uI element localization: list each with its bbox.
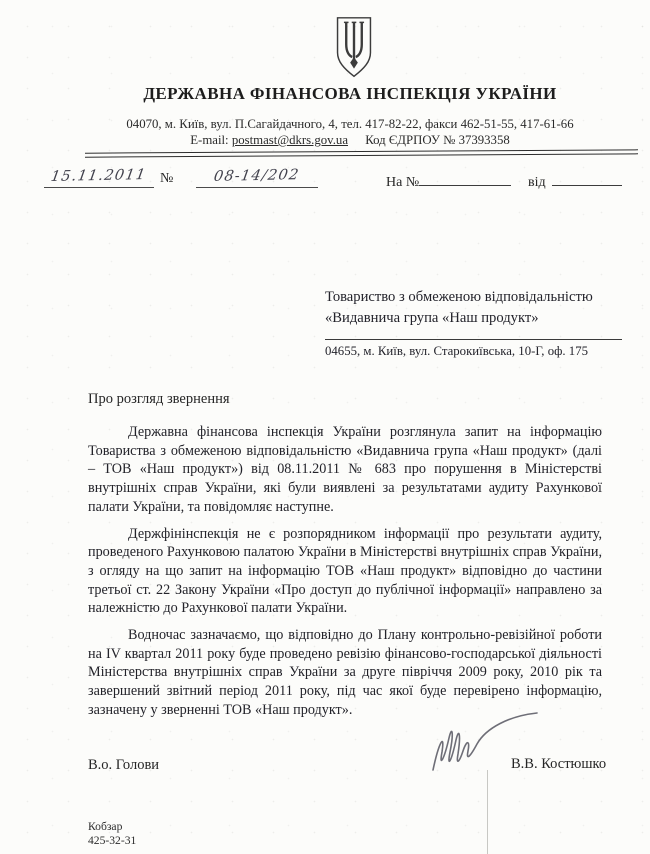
recipient-name-line1: Товариство з обмеженою відповідальністю	[325, 287, 622, 308]
scan-crease-artifact	[487, 770, 488, 854]
ukraine-trident-emblem-icon	[333, 16, 375, 80]
handwritten-date: 15.11.2011	[50, 167, 148, 185]
body-paragraph-1: Державна фінансова інспекція України роз…	[88, 423, 602, 517]
organization-contact-line: E-mail: postmast@dkrs.gov.ua Код ЄДРПОУ …	[60, 133, 640, 148]
recipient-name-line2: «Видавнича група «Наш продукт»	[325, 308, 622, 329]
scanned-letter-page: ДЕРЖАВНА ФІНАНСОВА ІНСПЕКЦІЯ УКРАЇНИ 040…	[0, 0, 650, 854]
letter-body: Державна фінансова інспекція України роз…	[88, 423, 602, 728]
executor-name: Кобзар	[88, 820, 136, 834]
recipient-address: 04655, м. Київ, вул. Старокиївська, 10-Г…	[325, 344, 622, 359]
email-label: E-mail:	[190, 133, 228, 147]
incoming-number-blank	[419, 171, 511, 186]
edrpou-code: Код ЄДРПОУ № 37393358	[365, 133, 510, 147]
organization-address: 04070, м. Київ, вул. П.Сагайдачного, 4, …	[60, 117, 640, 132]
signer-name: В.В. Костюшко	[511, 756, 606, 773]
number-sign-label: №	[160, 171, 173, 187]
letterhead-divider	[85, 149, 638, 157]
incoming-date-field: від	[528, 171, 622, 191]
body-paragraph-2: Держфінінспекція не є розпорядником інфо…	[88, 525, 602, 619]
outgoing-date-field: 15.11.2011	[44, 167, 154, 188]
from-label: від	[528, 175, 546, 190]
recipient-divider	[325, 339, 622, 340]
incoming-label: На №	[386, 175, 419, 190]
executor-phone: 425-32-31	[88, 834, 136, 848]
signer-position: В.о. Голови	[88, 757, 159, 774]
body-paragraph-3: Водночас зазначаємо, що відповідно до Пл…	[88, 626, 602, 720]
email-address: postmast@dkrs.gov.ua	[232, 133, 348, 147]
recipient-block: Товариство з обмеженою відповідальністю …	[325, 287, 622, 359]
incoming-date-blank	[552, 171, 622, 186]
subject-line: Про розгляд звернення	[88, 391, 230, 408]
executor-block: Кобзар 425-32-31	[88, 820, 136, 848]
incoming-reference-field: На №	[386, 171, 511, 191]
handwritten-number: 08-14/202	[213, 167, 301, 185]
organization-title: ДЕРЖАВНА ФІНАНСОВА ІНСПЕКЦІЯ УКРАЇНИ	[60, 84, 640, 104]
outgoing-number-field: 08-14/202	[196, 167, 318, 188]
